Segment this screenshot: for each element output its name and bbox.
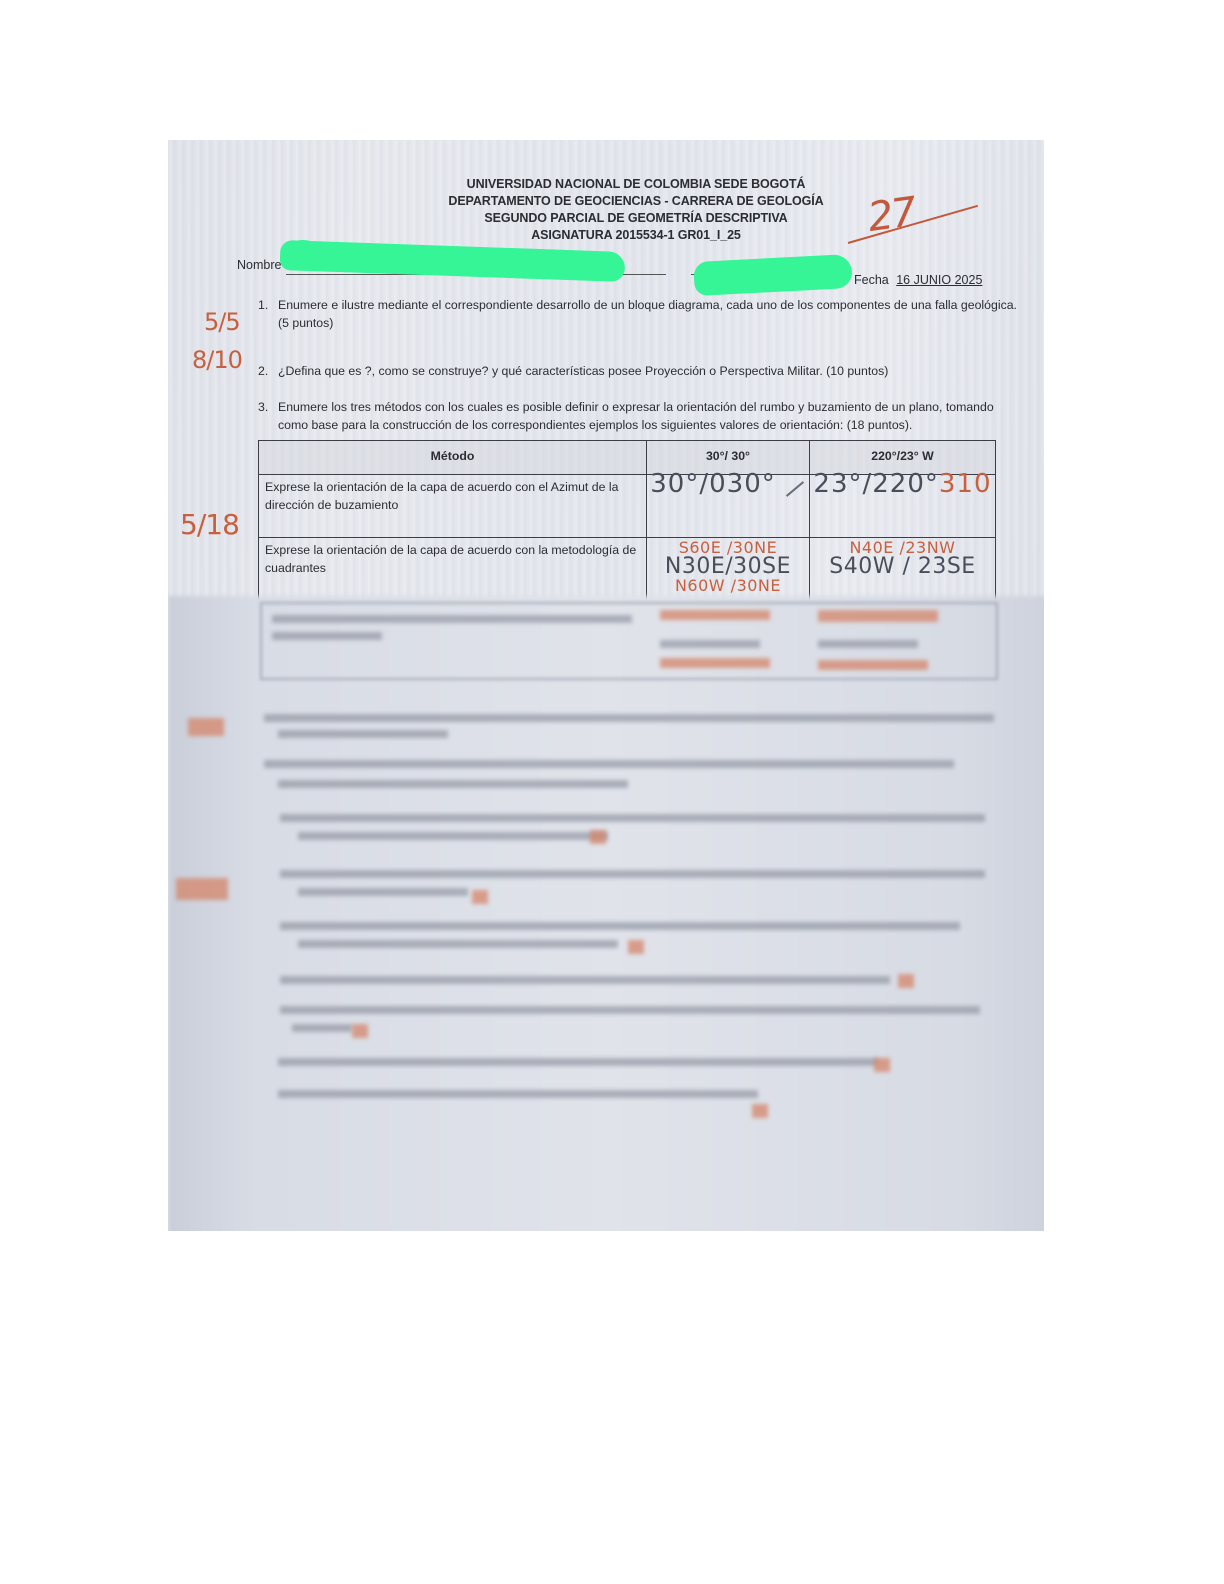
- question-number: 3.: [258, 398, 268, 416]
- score-q2: 8/10: [192, 346, 242, 374]
- handwritten-answer: 23°/220°: [813, 469, 938, 499]
- question-text: ¿Defina que es ?, como se construye? y q…: [278, 364, 888, 378]
- handwritten-answer: S40W / 23SE: [812, 557, 993, 576]
- blurred-score: [188, 718, 224, 736]
- question-3: 3. Enumere los tres métodos con los cual…: [278, 398, 1018, 434]
- table-row: Exprese la orientación de la capa de acu…: [259, 475, 996, 538]
- blurred-score: [176, 878, 228, 900]
- blurred-mark: [874, 1058, 890, 1072]
- question-2: 2. ¿Defina que es ?, como se construye? …: [278, 362, 1018, 380]
- blurred-correction: [818, 660, 928, 670]
- header-method: Método: [259, 441, 647, 475]
- fecha-label: Fecha: [854, 273, 889, 287]
- answer-cell: N40E /23NW S40W / 23SE: [809, 538, 995, 605]
- method-description: Exprese la orientación de la capa de acu…: [259, 538, 647, 605]
- blurred-mark: [752, 1104, 768, 1118]
- score-q1: 5/5: [204, 308, 240, 336]
- blurred-text: [278, 780, 628, 788]
- blurred-mark: [590, 830, 606, 844]
- name-redaction-mark: [280, 240, 626, 282]
- university-title: UNIVERSIDAD NACIONAL DE COLOMBIA SEDE BO…: [228, 176, 1044, 193]
- blurred-correction: [660, 610, 770, 620]
- total-grade: 27: [865, 189, 918, 241]
- question-text: Enumere e ilustre mediante el correspond…: [278, 298, 1017, 330]
- handwritten-answer: 30°/030°: [650, 469, 775, 499]
- blurred-text: [278, 730, 448, 738]
- blurred-section: [168, 596, 1044, 1231]
- blurred-text: [272, 615, 632, 623]
- question-number: 1.: [258, 296, 268, 314]
- id-redaction-mark: [693, 254, 853, 296]
- blurred-correction: [660, 658, 770, 668]
- blurred-text: [298, 888, 468, 896]
- question-number: 2.: [258, 362, 268, 380]
- handwritten-correction: 310: [939, 469, 992, 499]
- blurred-text: [280, 814, 985, 822]
- blurred-text: [660, 640, 760, 648]
- blurred-text: [280, 976, 890, 984]
- blurred-text: [278, 1058, 878, 1066]
- blurred-text: [280, 1006, 980, 1014]
- fecha-value: 16 JUNIO 2025: [896, 273, 982, 287]
- blurred-text: [280, 922, 960, 930]
- blurred-text: [278, 1090, 758, 1098]
- blurred-text: [298, 832, 608, 840]
- blurred-mark: [472, 890, 488, 904]
- question-text: Enumere los tres métodos con los cuales …: [278, 400, 994, 432]
- method-description: Exprese la orientación de la capa de acu…: [259, 475, 647, 538]
- blurred-mark: [898, 974, 914, 988]
- blurred-text: [292, 1024, 352, 1032]
- exam-title: SEGUNDO PARCIAL DE GEOMETRÍA DESCRIPTIVA: [228, 210, 1044, 227]
- exam-sheet: UNIVERSIDAD NACIONAL DE COLOMBIA SEDE BO…: [168, 140, 1044, 1231]
- nombre-label: Nombre: [237, 258, 281, 272]
- table-row: Exprese la orientación de la capa de acu…: [259, 538, 996, 605]
- fecha-field: Fecha 16 JUNIO 2025: [854, 273, 982, 287]
- score-q3: 5/18: [180, 508, 239, 541]
- department-title: DEPARTAMENTO DE GEOCIENCIAS - CARRERA DE…: [228, 193, 1044, 210]
- answer-cell: 23°/220°310: [809, 475, 995, 538]
- blurred-correction: [818, 610, 938, 622]
- blurred-text: [818, 640, 918, 648]
- question-1: 1. Enumere e ilustre mediante el corresp…: [278, 296, 1018, 332]
- blurred-mark: [628, 940, 644, 954]
- orientation-table: Método 30°/ 30° 220°/23° W Exprese la or…: [258, 440, 996, 605]
- check-mark-icon: [786, 481, 804, 497]
- blurred-text: [272, 632, 382, 640]
- blurred-text: [264, 714, 994, 722]
- blurred-mark: [352, 1024, 368, 1038]
- handwritten-answer: N30E/30SE: [649, 557, 807, 576]
- blurred-text: [280, 870, 985, 878]
- blurred-text: [298, 940, 618, 948]
- blurred-text: [264, 760, 954, 768]
- answer-cell: S60E /30NE N30E/30SE N60W /30NE: [647, 538, 810, 605]
- answer-cell: 30°/030°: [647, 475, 810, 538]
